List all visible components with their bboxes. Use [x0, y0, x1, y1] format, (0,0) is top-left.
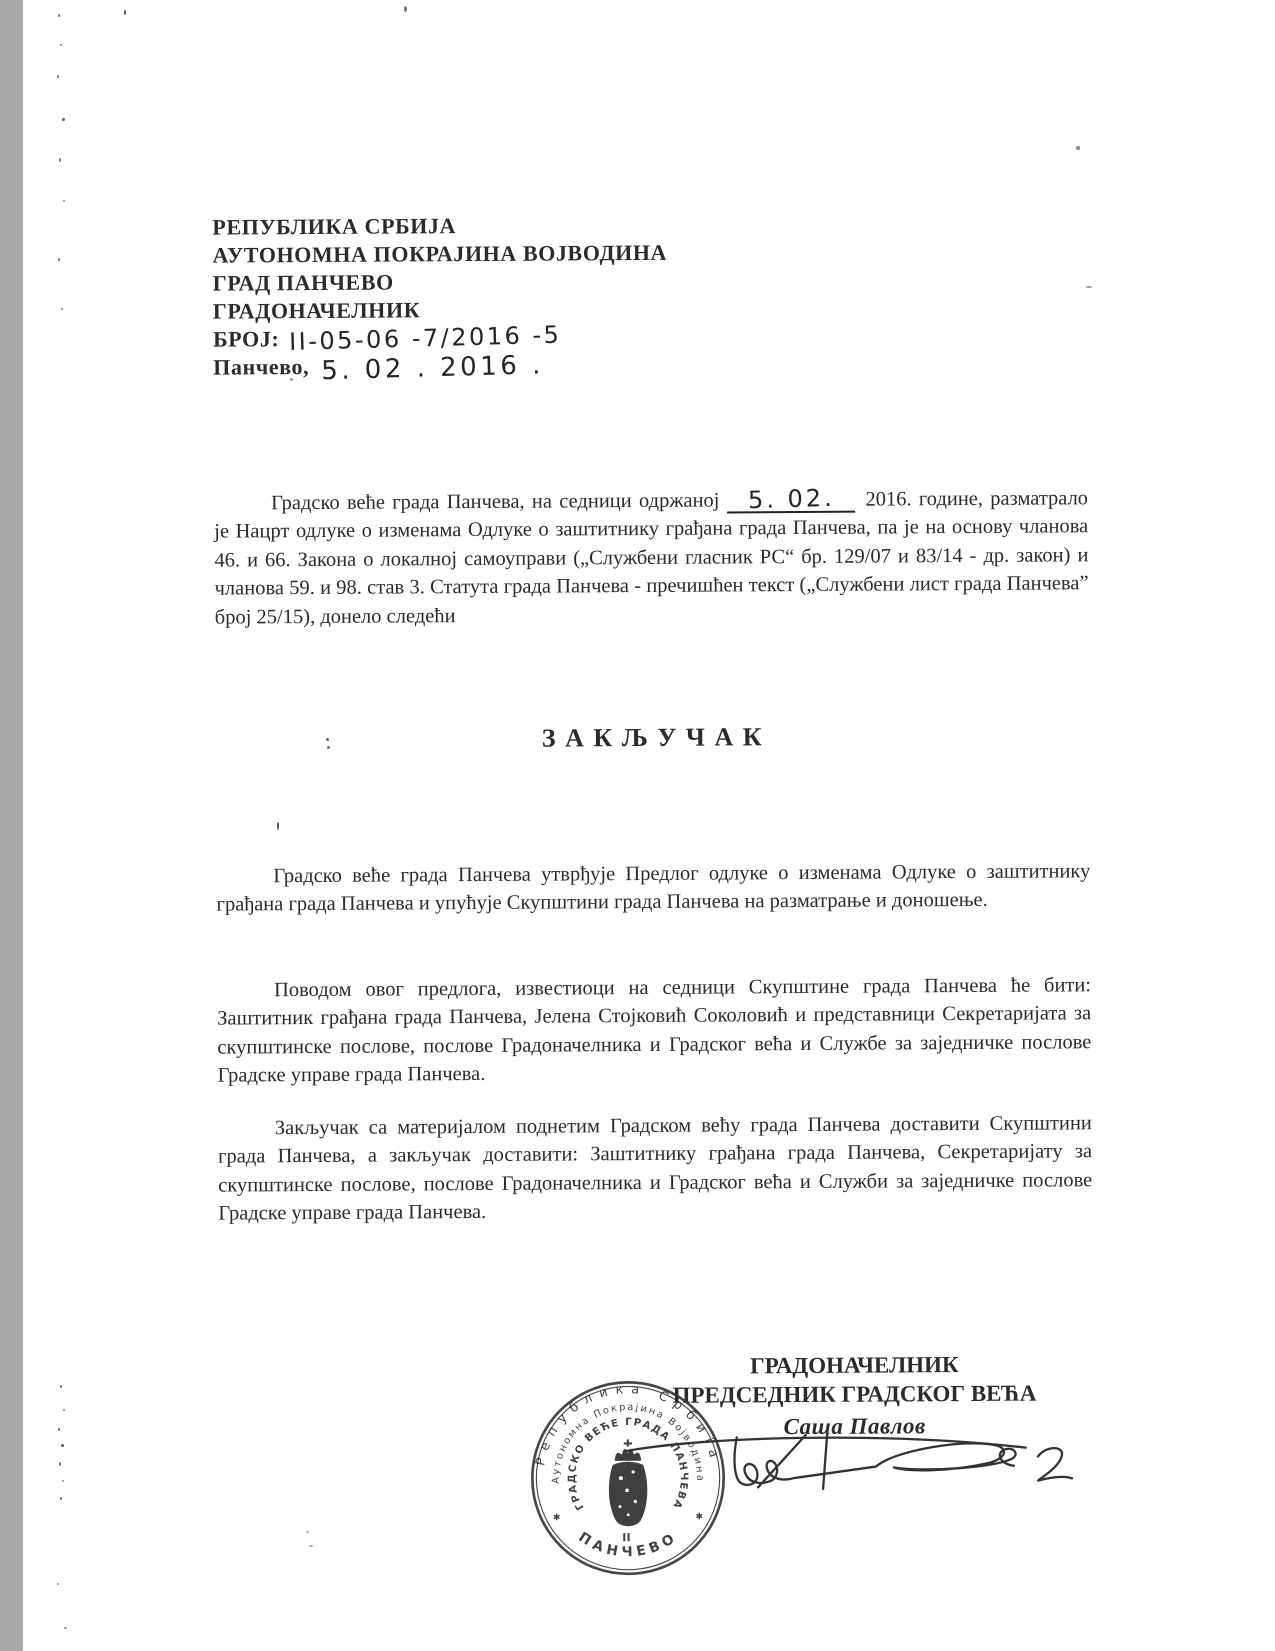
intro-text-before-date: Градско веће града Панчева, на седници о… — [271, 489, 720, 514]
scan-speck — [62, 1480, 64, 1482]
scan-speck — [1086, 286, 1092, 288]
letterhead: РЕПУБЛИКА СРБИЈА АУТОНОМНА ПОКРАЈИНА ВОЈ… — [212, 211, 668, 382]
scan-speck — [404, 6, 407, 12]
stamp-star-right-icon: ✱ — [695, 1511, 703, 1522]
body-paragraph-2: Поводом овог предлога, известиоци на сед… — [217, 971, 1092, 1091]
session-date-slot: 5. 02. — [727, 486, 855, 513]
intro-paragraph: Градско веће града Панчева, на седници о… — [214, 484, 1089, 632]
scan-speck — [59, 158, 61, 162]
place-label: Панчево, — [213, 354, 309, 380]
letterhead-mayor-line: ГРАДОНАЧЕЛНИК — [213, 295, 668, 326]
handwritten-date: 5. 02 . 2016 . — [321, 351, 544, 385]
scan-speck — [58, 258, 60, 261]
scan-speck — [60, 1385, 62, 1388]
document-number-line: БРОЈ:II-05-06 -7/2016 -5 — [213, 323, 668, 354]
scan-speck — [60, 1497, 62, 1500]
scan-speck — [277, 822, 279, 830]
scan-speck — [58, 14, 60, 17]
scan-speck — [124, 10, 126, 15]
number-label: БРОЈ: — [213, 326, 279, 351]
stamp-star-left-icon: ✱ — [553, 1512, 561, 1523]
scan-speck — [309, 1545, 313, 1547]
document-page: РЕПУБЛИКА СРБИЈА АУТОНОМНА ПОКРАЈИНА ВОЈ… — [0, 0, 1275, 1651]
scan-speck — [61, 1444, 64, 1447]
scan-speck — [290, 378, 293, 381]
scan-speck — [1076, 146, 1080, 150]
scan-speck — [62, 118, 65, 121]
scan-speck — [61, 308, 63, 310]
scan-speck — [57, 1583, 59, 1585]
scan-speck — [63, 200, 65, 202]
body-paragraph-3: Закључак са материјалом поднетим Градско… — [218, 1109, 1093, 1229]
scan-speck — [63, 1409, 65, 1411]
scan-speck — [64, 1627, 67, 1629]
handwritten-session-date: 5. 02. — [748, 486, 835, 510]
handwritten-signature — [604, 1415, 1105, 1510]
conclusion-title: З А К Љ У Ч А К — [215, 720, 1089, 755]
letterhead-republic-line: РЕПУБЛИКА СРБИЈА — [212, 211, 667, 242]
scanned-document: { "document": { "letterhead": { "lines":… — [0, 0, 1275, 1651]
scan-speck — [57, 75, 59, 78]
body-paragraph-1: Градско веће града Панчева утврђује Пред… — [216, 857, 1090, 920]
scan-speck — [60, 44, 62, 46]
scan-speck — [59, 1462, 61, 1466]
letterhead-province-line: АУТОНОМНА ПОКРАЈИНА ВОЈВОДИНА — [212, 239, 667, 270]
scan-speck — [326, 738, 329, 741]
scan-speck — [58, 1428, 60, 1431]
scan-speck — [306, 1531, 309, 1533]
letterhead-city-line: ГРАД ПАНЧЕВО — [213, 267, 668, 298]
scan-speck — [327, 746, 330, 749]
place-date-line: Панчево,5. 02 . 2016 . — [213, 351, 668, 382]
stamp-center-mark: II — [622, 1531, 630, 1544]
